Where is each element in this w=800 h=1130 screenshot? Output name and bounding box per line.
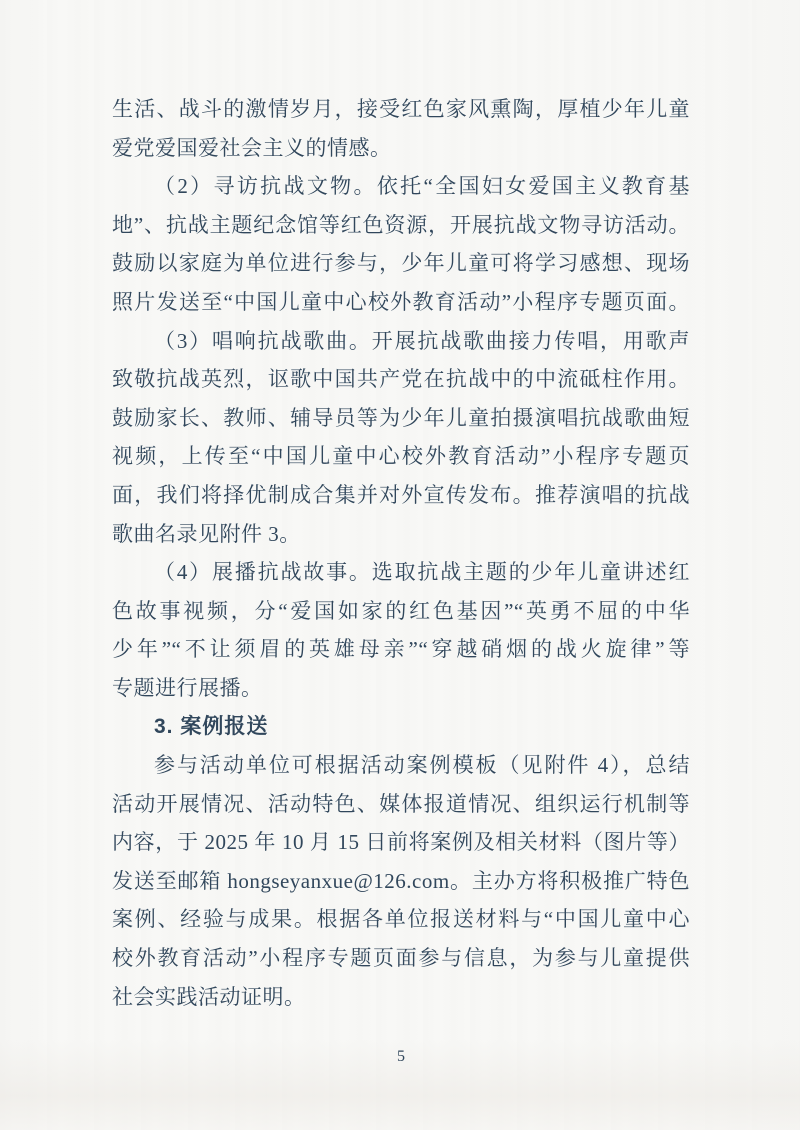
text-line: （3）唱响抗战歌曲。开展抗战歌曲接力传唱，用歌声 — [112, 322, 690, 361]
page-number: 5 — [112, 1048, 690, 1066]
text-line: 照片发送至“中国儿童中心校外教育活动”小程序专题页面。 — [112, 283, 690, 322]
document-page: 生活、战斗的激情岁月，接受红色家风熏陶，厚植少年儿童爱党爱国爱社会主义的情感。（… — [0, 0, 800, 1130]
text-line: 爱党爱国爱社会主义的情感。 — [112, 129, 690, 168]
text-line: （4）展播抗战故事。选取抗战主题的少年儿童讲述红 — [112, 553, 690, 592]
text-line: 生活、战斗的激情岁月，接受红色家风熏陶，厚植少年儿童 — [112, 90, 690, 129]
text-line: 校外教育活动”小程序专题页面参与信息，为参与儿童提供 — [112, 939, 690, 978]
text-line: 社会实践活动证明。 — [112, 978, 690, 1017]
text-line: 内容，于 2025 年 10 月 15 日前将案例及相关材料（图片等） — [112, 823, 690, 862]
section-heading: 3. 案例报送 — [112, 708, 690, 747]
text-line: 歌曲名录见附件 3。 — [112, 515, 690, 554]
text-line: 少年”“不让须眉的英雄母亲”“穿越硝烟的战火旋律”等 — [112, 630, 690, 669]
text-line: 参与活动单位可根据活动案例模板（见附件 4），总结 — [112, 746, 690, 785]
text-line: 致敬抗战英烈，讴歌中国共产党在抗战中的中流砥柱作用。 — [112, 360, 690, 399]
text-line: 色故事视频，分“爱国如家的红色基因”“英勇不屈的中华 — [112, 592, 690, 631]
text-line: （2）寻访抗战文物。依托“全国妇女爱国主义教育基 — [112, 167, 690, 206]
text-line: 鼓励以家庭为单位进行参与，少年儿童可将学习感想、现场 — [112, 244, 690, 283]
text-line: 地”、抗战主题纪念馆等红色资源，开展抗战文物寻访活动。 — [112, 206, 690, 245]
document-body: 生活、战斗的激情岁月，接受红色家风熏陶，厚植少年儿童爱党爱国爱社会主义的情感。（… — [112, 90, 690, 1016]
text-line: 视频，上传至“中国儿童中心校外教育活动”小程序专题页 — [112, 437, 690, 476]
text-line: 鼓励家长、教师、辅导员等为少年儿童拍摄演唱抗战歌曲短 — [112, 399, 690, 438]
text-line: 活动开展情况、活动特色、媒体报道情况、组织运行机制等 — [112, 785, 690, 824]
text-line: 案例、经验与成果。根据各单位报送材料与“中国儿童中心 — [112, 900, 690, 939]
text-line: 专题进行展播。 — [112, 669, 690, 708]
text-line: 面，我们将择优制成合集并对外宣传发布。推荐演唱的抗战 — [112, 476, 690, 515]
text-line: 发送至邮箱 hongseyanxue@126.com。主办方将积极推广特色 — [112, 862, 690, 901]
